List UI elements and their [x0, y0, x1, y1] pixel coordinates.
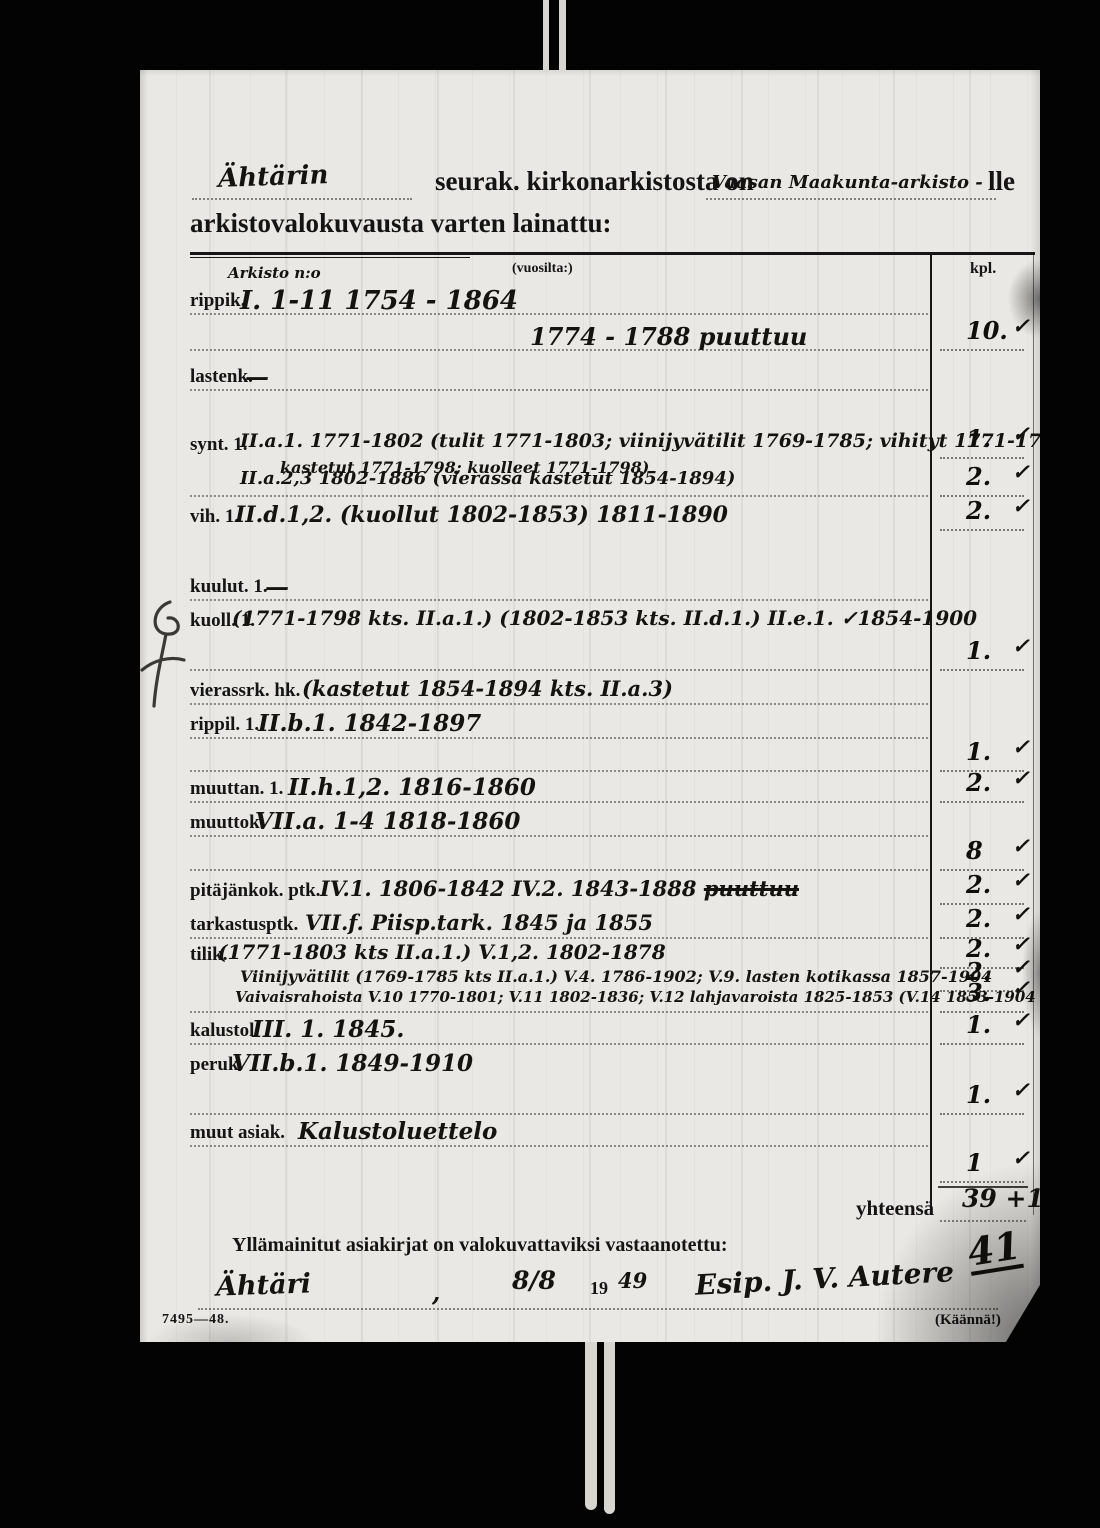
header-printed-text-3: arkistovalokuvausta varten lainattu: [190, 208, 612, 239]
year-printed: 19 [590, 1278, 608, 1299]
row-handwriting: II.a.2,3 1802-1886 (vierassa kastetut 18… [240, 468, 735, 489]
table-row: tarkastusptk.VII.f. Piisp.tark. 1845 ja … [140, 910, 1040, 944]
count-leader-dots [940, 529, 1024, 531]
years-column-label: (vuosilta:) [512, 261, 573, 277]
row-handwriting: II.b.1. 1842-1897 [258, 710, 481, 737]
checkmark: ✓ [1012, 766, 1030, 791]
checkmark: ✓ [1012, 868, 1030, 893]
place-handwriting: Ähtäri [215, 1268, 311, 1302]
table-row: vierassrk. hk.(kastetut 1854-1894 kts. I… [140, 676, 1040, 710]
checkmark: ✓ [1012, 976, 1030, 1001]
checkmark: ✓ [1012, 460, 1030, 485]
extra-count-handwriting: 41 [965, 1226, 1024, 1276]
table-row: 1774 - 1788 puuttuu10.✓ [140, 322, 1040, 356]
row-leader-dots [190, 937, 928, 939]
header-printed-text-1: seurak. kirkonarkistosta on [435, 166, 754, 197]
document-page: Ähtärin seurak. kirkonarkistosta on Vaas… [140, 70, 1040, 1342]
row-label: lastenk. [190, 366, 253, 388]
archive-number-note: Arkisto n:o [228, 264, 321, 282]
count-value: 8 [966, 836, 983, 865]
table-row: kalustol.III. 1. 1845.1.✓ [140, 1016, 1040, 1050]
table-row: rippik.I. 1-11 1754 - 1864 [140, 286, 1040, 320]
row-handwriting: I. 1-11 1754 - 1864 [240, 286, 518, 316]
count-value: 3. [966, 978, 991, 1007]
checkmark: ✓ [1012, 494, 1030, 519]
row-label: kuulut. 1. [190, 576, 268, 598]
row-label: rippil. 1. [190, 714, 259, 736]
row-label: rippik. [190, 290, 245, 312]
count-value: 2. [966, 496, 991, 525]
checkmark: ✓ [1012, 1146, 1030, 1171]
checkmark: ✓ [1012, 422, 1030, 447]
checkmark: ✓ [1012, 902, 1030, 927]
row-handwriting: (1771-1798 kts. II.a.1.) (1802-1853 kts.… [232, 606, 977, 630]
row-label: vierassrk. hk. [190, 680, 300, 702]
table-row: muuttok.VII.a. 1-4 1818-1860 [140, 808, 1040, 842]
count-value: 2. [966, 462, 991, 491]
row-handwriting: III. 1. 1845. [252, 1016, 404, 1043]
total-handwriting: 39 +1 [962, 1184, 1044, 1213]
header-parish-underline [192, 198, 412, 200]
row-handwriting: (kastetut 1854-1894 kts. II.a.3) [302, 676, 673, 701]
row-label: muuttan. 1. [190, 778, 283, 800]
row-handwriting: (1771-1803 kts II.a.1.) V.1,2. 1802-1878 [218, 940, 666, 964]
table-row: rippil. 1.II.b.1. 1842-1897 [140, 710, 1040, 744]
signature-underline [198, 1308, 998, 1310]
film-scratch-line [604, 1340, 615, 1514]
row-leader-dots [190, 801, 928, 803]
count-value: 1. [966, 1010, 991, 1039]
struck-handwriting: puuttuu [704, 876, 799, 901]
checkmark: ✓ [1012, 735, 1030, 760]
table-row: Vaivaisrahoista V.10 1770-1801; V.11 180… [140, 984, 1040, 1018]
checkmark: ✓ [1012, 834, 1030, 859]
row-leader-dots [190, 737, 928, 739]
total-label: yhteensä [856, 1196, 934, 1221]
row-leader-dots [190, 1113, 928, 1115]
year-handwriting: 49 [618, 1268, 647, 1293]
form-number: 7495—48. [162, 1312, 230, 1328]
checkmark: ✓ [1012, 314, 1030, 339]
row-leader-dots [190, 495, 928, 497]
count-value: 2. [966, 904, 991, 933]
checkmark: ✓ [1012, 634, 1030, 659]
row-handwriting: VII.b.1. 1849-1910 [232, 1050, 473, 1077]
row-handwriting: — [265, 572, 289, 601]
table-row: 1✓ [140, 1154, 1040, 1188]
row-leader-dots [190, 389, 928, 391]
count-leader-dots [940, 349, 1024, 351]
row-leader-dots [190, 835, 928, 837]
row-leader-dots [190, 669, 928, 671]
header-archive-handwriting: Vaasan Maakunta-arkisto - [712, 172, 983, 193]
table-row: pitäjänkok. ptk.IV.1. 1806-1842 IV.2. 18… [140, 876, 1040, 910]
count-leader-dots [940, 801, 1024, 803]
row-leader-dots [190, 770, 928, 772]
table-top-rule-2 [190, 257, 470, 258]
count-value: 2. [966, 870, 991, 899]
row-label: muuttok. [190, 812, 264, 834]
checkmark: ✓ [1012, 1078, 1030, 1103]
comma-mark: , [432, 1278, 440, 1307]
row-handwriting: Kalustoluettelo [298, 1118, 497, 1145]
table-row: muuttan. 1.II.h.1,2. 1816-18602.✓ [140, 774, 1040, 808]
row-handwriting: VII.a. 1-4 1818-1860 [255, 808, 520, 835]
row-leader-dots [190, 703, 928, 705]
row-handwriting: II.d.1,2. (kuollut 1802-1853) 1811-1890 [235, 502, 728, 528]
count-value: 1. [966, 1080, 991, 1109]
table-row: lastenk.— [140, 362, 1040, 396]
count-leader-dots [940, 1113, 1024, 1115]
header-parish-handwriting: Ähtärin [218, 160, 329, 194]
film-scratch-line [559, 0, 566, 76]
count-value: 1. [966, 424, 991, 453]
row-label: synt. 1. [190, 434, 248, 456]
table-row: kuoll. 1.(1771-1798 kts. II.a.1.) (1802-… [140, 606, 1040, 640]
row-label: tarkastusptk. [190, 914, 298, 936]
row-leader-dots [190, 1011, 928, 1013]
count-value: 1. [966, 737, 991, 766]
count-value: 1 [966, 1148, 983, 1177]
row-label: pitäjänkok. ptk. [190, 880, 320, 902]
count-leader-dots [940, 1043, 1024, 1045]
date-handwriting: 8/8 [512, 1266, 556, 1295]
row-handwriting: 1774 - 1788 puuttuu [530, 322, 807, 351]
row-label: muut asiak. [190, 1122, 285, 1144]
count-value: 2. [966, 768, 991, 797]
header-printed-text-2: lle [988, 166, 1015, 197]
row-leader-dots [190, 1145, 928, 1147]
table-row: 1.✓ [140, 1086, 1040, 1120]
count-leader-dots [940, 1181, 1024, 1183]
receipt-printed-text: Yllämainitut asiakirjat on valokuvattavi… [232, 1234, 728, 1257]
header-archive-underline [706, 198, 996, 200]
microfilm-scan: Ähtärin seurak. kirkonarkistosta on Vaas… [0, 0, 1100, 1528]
table-row: 8✓ [140, 842, 1040, 876]
count-value: 10. [966, 316, 1008, 345]
row-handwriting: VII.f. Piisp.tark. 1845 ja 1855 [305, 910, 653, 935]
row-label: vih. 1. [190, 506, 239, 528]
table-top-rule [190, 252, 1035, 255]
table-row: kuulut. 1.— [140, 572, 1040, 606]
row-handwriting: — [245, 362, 269, 391]
row-label: kalustol. [190, 1020, 259, 1042]
count-value: 1. [966, 636, 991, 665]
table-row: 1.✓ [140, 642, 1040, 676]
checkmark: ✓ [1012, 1008, 1030, 1033]
checkmark: ✓ [1012, 932, 1030, 957]
row-leader-dots [190, 599, 928, 601]
row-handwriting: IV.1. 1806-1842 IV.2. 1843-1888 puuttuu [320, 876, 799, 901]
film-scratch-line [543, 0, 549, 76]
row-handwriting: II.h.1,2. 1816-1860 [288, 774, 536, 801]
table-row: II.a.2,3 1802-1886 (vierassa kastetut 18… [140, 468, 1040, 502]
row-leader-dots [190, 1043, 928, 1045]
row-handwriting: II.a.1. 1771-1802 (tulit 1771-1803; viin… [240, 430, 1074, 452]
film-scratch-line [585, 1340, 597, 1510]
turn-page-note: (Käännä!) [935, 1312, 1001, 1329]
table-row: muut asiak.Kalustoluettelo [140, 1118, 1040, 1152]
row-leader-dots [190, 869, 928, 871]
count-column-label: kpl. [970, 260, 996, 278]
signature-handwriting: Esip. J. V. Autere [694, 1255, 954, 1302]
table-row: peruk.VII.b.1. 1849-1910 [140, 1050, 1040, 1084]
table-row: 1.✓ [140, 743, 1040, 777]
table-row: vih. 1.II.d.1,2. (kuollut 1802-1853) 181… [140, 502, 1040, 536]
count-leader-dots [940, 669, 1024, 671]
margin-ink-mark [140, 598, 192, 710]
